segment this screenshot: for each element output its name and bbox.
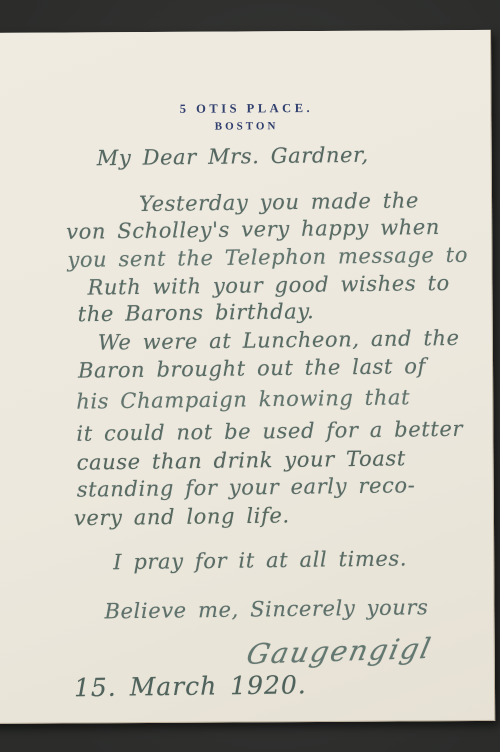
salutation-line: My Dear Mrs. Gardner, [97, 143, 369, 172]
handwriting-line: I pray for it at all times. [113, 546, 407, 575]
handwriting-line: it could not be used for a better [76, 417, 463, 447]
handwriting-line: his Champaign knowing that [76, 385, 410, 414]
handwriting-line: very and long life. [74, 503, 290, 531]
printed-letterhead: 5 OTIS PLACE. BOSTON [0, 100, 491, 134]
handwriting-line: cause than drink your Toast [76, 446, 406, 475]
handwriting-line: Yesterday you made the [139, 188, 419, 217]
letterhead-address: 5 OTIS PLACE. [2, 100, 490, 118]
handwriting-line: standing for your early reco- [77, 473, 416, 502]
photographed-letter-page: { "background_color": "#313230", "paper_… [0, 0, 500, 752]
signature: Gaugengigl [245, 636, 435, 667]
handwriting-line: von Scholley's very happy when [66, 215, 440, 245]
handwriting-line: the Barons birthday. [78, 299, 315, 327]
letterhead-city: BOSTON [3, 119, 491, 134]
letter-paper: 5 OTIS PLACE. BOSTON My Dear Mrs. Gardne… [0, 30, 495, 724]
handwriting-line: you sent the Telephon message to [67, 243, 468, 273]
date-line: 15. March 1920. [74, 672, 307, 700]
handwriting-line: Ruth with your good wishes to [87, 271, 450, 301]
handwriting-line: We were at Luncheon, and the [98, 326, 460, 356]
closing-line: Believe me, Sincerely yours [104, 595, 428, 624]
handwriting-line: Baron brought out the last of [78, 354, 426, 384]
